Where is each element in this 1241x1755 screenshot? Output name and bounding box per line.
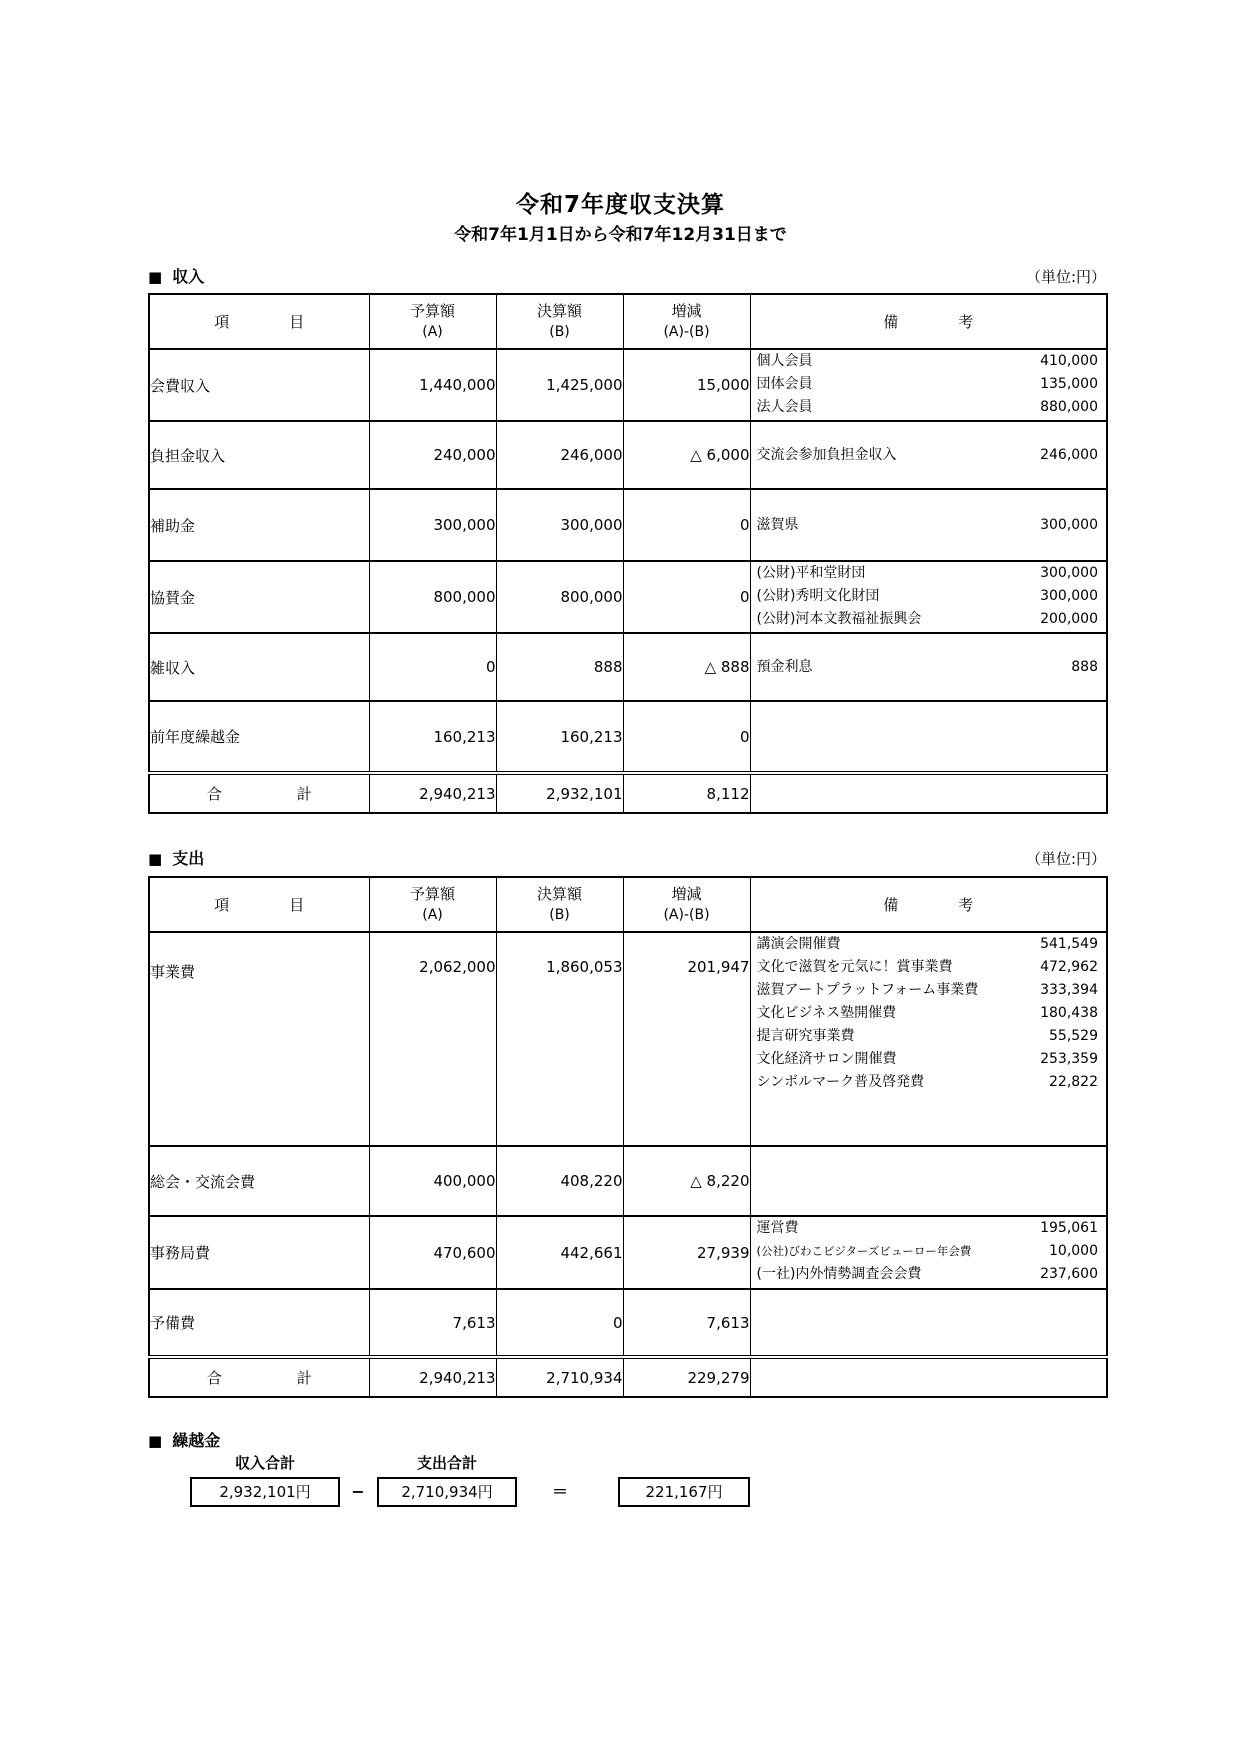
remarks-cell: 運営費195,061 (公社)びわこビジターズビューロー年会費10,000 (一…: [750, 1216, 1107, 1289]
income-row-misc-income: 雑収入 0 888 △ 888 預金利息888: [149, 633, 1107, 701]
remark-amount: 237,600: [1040, 1263, 1098, 1286]
total-label-cell: 合 計: [149, 773, 369, 813]
settlement-document-page: 令和7年度収支決算 令和7年1月1日から令和7年12月31日まで ■収入 （単位…: [0, 0, 1241, 1755]
remarks-cell: 滋賀県300,000: [750, 489, 1107, 561]
income-row-sponsorship: 協賛金 800,000 800,000 0 (公財)平和堂財団300,000 (…: [149, 561, 1107, 633]
item-cell: 協賛金: [149, 561, 369, 633]
remark-label: 滋賀アートプラットフォーム事業費: [757, 979, 979, 1002]
remark-line: 文化経済サロン開催費253,359: [751, 1048, 1107, 1071]
remark-amount: 300,000: [1040, 585, 1098, 608]
carryover-income-total-box: 2,932,101円: [190, 1477, 340, 1507]
remark-line: (公財)秀明文化財団300,000: [751, 585, 1107, 608]
remark-amount: 541,549: [1040, 933, 1098, 956]
diff-cell: △ 6,000: [623, 421, 750, 489]
minus-operator: −: [343, 1477, 373, 1507]
remark-line: (公財)平和堂財団300,000: [751, 562, 1107, 585]
income-header-diff: 増減(A)-(B): [623, 294, 750, 349]
budget-cell: 1,440,000: [369, 349, 496, 421]
total-remarks-cell: [750, 1357, 1107, 1397]
budget-cell: 7,613: [369, 1289, 496, 1357]
income-header-settlement-line2: (B): [497, 322, 623, 343]
item-cell: 総会・交流会費: [149, 1146, 369, 1216]
diff-cell: 27,939: [623, 1216, 750, 1289]
settlement-cell: 442,661: [496, 1216, 623, 1289]
remarks-cell: [750, 1289, 1107, 1357]
settlement-cell: 800,000: [496, 561, 623, 633]
item-cell: 前年度繰越金: [149, 701, 369, 773]
income-header-budget: 予算額(A): [369, 294, 496, 349]
diff-cell: 201,947: [623, 932, 750, 1146]
income-section-header-row: ■収入 （単位:円）: [148, 264, 1106, 287]
settlement-cell: 300,000: [496, 489, 623, 561]
income-header-item: 項 目: [149, 294, 369, 349]
total-diff-cell: 8,112: [623, 773, 750, 813]
remark-label: 団体会員: [757, 373, 813, 396]
page-title: 令和7年度収支決算: [0, 186, 1241, 219]
carryover-expense-total-box: 2,710,934円: [377, 1477, 517, 1507]
remark-label: 講演会開催費: [757, 933, 841, 956]
income-total-row: 合 計 2,940,213 2,932,101 8,112: [149, 773, 1107, 813]
remark-label: 交流会参加負担金収入: [757, 444, 897, 467]
remarks-cell: [750, 1146, 1107, 1216]
expense-header-row: 項 目 予算額(A) 決算額(B) 増減(A)-(B) 備 考: [149, 877, 1107, 932]
income-table: 項 目 予算額(A) 決算額(B) 増減(A)-(B) 備 考 会費収入 1,4…: [148, 293, 1108, 814]
item-cell: 予備費: [149, 1289, 369, 1357]
diff-cell: △ 888: [623, 633, 750, 701]
diff-cell: △ 8,220: [623, 1146, 750, 1216]
expense-row-project-expenses: 事業費 2,062,000 1,860,053 201,947 講演会開催費54…: [149, 932, 1107, 1146]
income-header-settlement-line1: 決算額: [497, 301, 623, 322]
total-budget-cell: 2,940,213: [369, 773, 496, 813]
item-cell: 会費収入: [149, 349, 369, 421]
item-cell: 雑収入: [149, 633, 369, 701]
remark-line: 滋賀アートプラットフォーム事業費333,394: [751, 979, 1107, 1002]
equals-operator: ＝: [540, 1477, 580, 1507]
remark-line: 団体会員135,000: [751, 373, 1107, 396]
remark-amount: 888: [1071, 656, 1098, 679]
budget-cell: 240,000: [369, 421, 496, 489]
remarks-cell: (公財)平和堂財団300,000 (公財)秀明文化財団300,000 (公財)河…: [750, 561, 1107, 633]
remark-line: 滋賀県300,000: [751, 514, 1107, 537]
remark-amount: 472,962: [1040, 956, 1098, 979]
diff-cell: 15,000: [623, 349, 750, 421]
remark-amount: 180,438: [1040, 1002, 1098, 1025]
expense-row-secretariat: 事務局費 470,600 442,661 27,939 運営費195,061 (…: [149, 1216, 1107, 1289]
total-remarks-cell: [750, 773, 1107, 813]
expense-header-remarks: 備 考: [750, 877, 1107, 932]
budget-cell: 400,000: [369, 1146, 496, 1216]
remarks-cell: 個人会員410,000 団体会員135,000 法人会員880,000: [750, 349, 1107, 421]
settlement-cell: 888: [496, 633, 623, 701]
settlement-cell: 1,860,053: [496, 932, 623, 1146]
remark-label: 法人会員: [757, 396, 813, 419]
income-header-diff-line2: (A)-(B): [624, 322, 750, 343]
settlement-cell: 246,000: [496, 421, 623, 489]
income-row-membership-fees: 会費収入 1,440,000 1,425,000 15,000 個人会員410,…: [149, 349, 1107, 421]
budget-cell: 800,000: [369, 561, 496, 633]
carryover-result-box: 221,167円: [618, 1477, 750, 1507]
diff-cell: 7,613: [623, 1289, 750, 1357]
income-header-budget-line2: (A): [370, 322, 496, 343]
remark-line: 運営費195,061: [751, 1217, 1107, 1240]
remark-label: (一社)内外情勢調査会会費: [757, 1263, 922, 1286]
carryover-section-label-text: 繰越金: [172, 1431, 220, 1450]
income-row-participation-fees: 負担金収入 240,000 246,000 △ 6,000 交流会参加負担金収入…: [149, 421, 1107, 489]
settlement-cell: 0: [496, 1289, 623, 1357]
remark-amount: 410,000: [1040, 350, 1098, 373]
remark-amount: 135,000: [1040, 373, 1098, 396]
income-row-carryover-prev-year: 前年度繰越金 160,213 160,213 0: [149, 701, 1107, 773]
remark-amount: 253,359: [1040, 1048, 1098, 1071]
remark-amount: 55,529: [1049, 1025, 1098, 1048]
carryover-income-total-label: 収入合計: [190, 1452, 340, 1473]
remark-line: 預金利息888: [751, 656, 1107, 679]
remark-amount: 195,061: [1040, 1217, 1098, 1240]
expense-header-budget-line2: (A): [370, 905, 496, 926]
carryover-section-label: ■繰越金: [148, 1428, 220, 1451]
remarks-cell: [750, 701, 1107, 773]
income-section-label: ■収入: [148, 264, 204, 287]
remark-label: 預金利息: [757, 656, 813, 679]
carryover-expense-total-label: 支出合計: [377, 1452, 517, 1473]
remark-amount: 333,394: [1040, 979, 1098, 1002]
remark-line: (一社)内外情勢調査会会費237,600: [751, 1263, 1107, 1286]
remarks-cell: 預金利息888: [750, 633, 1107, 701]
remark-line: 文化ビジネス塾開催費180,438: [751, 1002, 1107, 1025]
expense-row-reserve-fund: 予備費 7,613 0 7,613: [149, 1289, 1107, 1357]
remark-amount: 880,000: [1040, 396, 1098, 419]
diff-cell: 0: [623, 701, 750, 773]
remark-line: 法人会員880,000: [751, 396, 1107, 419]
budget-cell: 300,000: [369, 489, 496, 561]
budget-cell: 160,213: [369, 701, 496, 773]
remark-amount: 246,000: [1040, 444, 1098, 467]
expense-table: 項 目 予算額(A) 決算額(B) 増減(A)-(B) 備 考 事業費 2,06…: [148, 876, 1108, 1398]
expense-header-diff-line1: 増減: [624, 884, 750, 905]
expense-section-header-row: ■支出 （単位:円）: [148, 846, 1106, 869]
item-cell: 事務局費: [149, 1216, 369, 1289]
budget-cell: 470,600: [369, 1216, 496, 1289]
income-row-subsidy: 補助金 300,000 300,000 0 滋賀県300,000: [149, 489, 1107, 561]
remark-line: 文化で滋賀を元気に！賞事業費472,962: [751, 956, 1107, 979]
expense-header-item: 項 目: [149, 877, 369, 932]
income-header-row: 項 目 予算額(A) 決算額(B) 増減(A)-(B) 備 考: [149, 294, 1107, 349]
square-bullet-icon: ■: [148, 850, 162, 868]
settlement-cell: 408,220: [496, 1146, 623, 1216]
remark-label: (公財)秀明文化財団: [757, 585, 880, 608]
expense-header-diff: 増減(A)-(B): [623, 877, 750, 932]
remark-label: 文化ビジネス塾開催費: [757, 1002, 897, 1025]
remark-amount: 200,000: [1040, 608, 1098, 631]
remark-label: 提言研究事業費: [757, 1025, 855, 1048]
income-section-label-text: 収入: [172, 267, 204, 286]
expense-section-label: ■支出: [148, 846, 204, 869]
settlement-cell: 160,213: [496, 701, 623, 773]
item-cell: 補助金: [149, 489, 369, 561]
expense-total-row: 合 計 2,940,213 2,710,934 229,279: [149, 1357, 1107, 1397]
expense-section-label-text: 支出: [172, 849, 204, 868]
expense-row-general-meeting: 総会・交流会費 400,000 408,220 △ 8,220: [149, 1146, 1107, 1216]
remarks-cell: 講演会開催費541,549 文化で滋賀を元気に！賞事業費472,962 滋賀アー…: [750, 932, 1107, 1146]
remark-line: 講演会開催費541,549: [751, 933, 1107, 956]
remark-label: (公財)河本文教福祉振興会: [757, 608, 922, 631]
expense-header-settlement-line2: (B): [497, 905, 623, 926]
remark-amount: 300,000: [1040, 562, 1098, 585]
expense-header-settlement: 決算額(B): [496, 877, 623, 932]
remark-label: (公社)びわこビジターズビューロー年会費: [757, 1240, 972, 1263]
total-settlement-cell: 2,932,101: [496, 773, 623, 813]
expense-header-settlement-line1: 決算額: [497, 884, 623, 905]
remark-amount: 300,000: [1040, 514, 1098, 537]
income-header-budget-line1: 予算額: [370, 301, 496, 322]
square-bullet-icon: ■: [148, 268, 162, 286]
remark-label: (公財)平和堂財団: [757, 562, 866, 585]
remark-label: 個人会員: [757, 350, 813, 373]
income-header-remarks: 備 考: [750, 294, 1107, 349]
expense-header-budget: 予算額(A): [369, 877, 496, 932]
remark-line: (公社)びわこビジターズビューロー年会費10,000: [751, 1240, 1107, 1263]
budget-cell: 2,062,000: [369, 932, 496, 1146]
remark-line: 提言研究事業費55,529: [751, 1025, 1107, 1048]
remark-line: 個人会員410,000: [751, 350, 1107, 373]
remark-label: 文化で滋賀を元気に！賞事業費: [757, 956, 953, 979]
square-bullet-icon: ■: [148, 1432, 162, 1450]
remark-line: 交流会参加負担金収入246,000: [751, 444, 1107, 467]
expense-header-diff-line2: (A)-(B): [624, 905, 750, 926]
diff-cell: 0: [623, 561, 750, 633]
total-label-cell: 合 計: [149, 1357, 369, 1397]
expense-unit-label: （単位:円）: [1026, 848, 1106, 869]
remark-line: (公財)河本文教福祉振興会200,000: [751, 608, 1107, 631]
total-diff-cell: 229,279: [623, 1357, 750, 1397]
item-cell: 事業費: [149, 932, 369, 1146]
total-settlement-cell: 2,710,934: [496, 1357, 623, 1397]
income-header-diff-line1: 増減: [624, 301, 750, 322]
remark-amount: 22,822: [1049, 1071, 1098, 1094]
remark-label: 運営費: [757, 1217, 799, 1240]
remark-amount: 10,000: [1049, 1240, 1098, 1263]
remark-label: シンボルマーク普及啓発費: [757, 1071, 925, 1094]
budget-cell: 0: [369, 633, 496, 701]
item-cell: 負担金収入: [149, 421, 369, 489]
remarks-cell: 交流会参加負担金収入246,000: [750, 421, 1107, 489]
income-header-settlement: 決算額(B): [496, 294, 623, 349]
diff-cell: 0: [623, 489, 750, 561]
income-unit-label: （単位:円）: [1026, 266, 1106, 287]
expense-header-budget-line1: 予算額: [370, 884, 496, 905]
remark-label: 滋賀県: [757, 514, 799, 537]
total-budget-cell: 2,940,213: [369, 1357, 496, 1397]
remark-line: シンボルマーク普及啓発費22,822: [751, 1071, 1107, 1094]
remark-label: 文化経済サロン開催費: [757, 1048, 897, 1071]
settlement-cell: 1,425,000: [496, 349, 623, 421]
page-subtitle: 令和7年1月1日から令和7年12月31日まで: [0, 220, 1241, 245]
